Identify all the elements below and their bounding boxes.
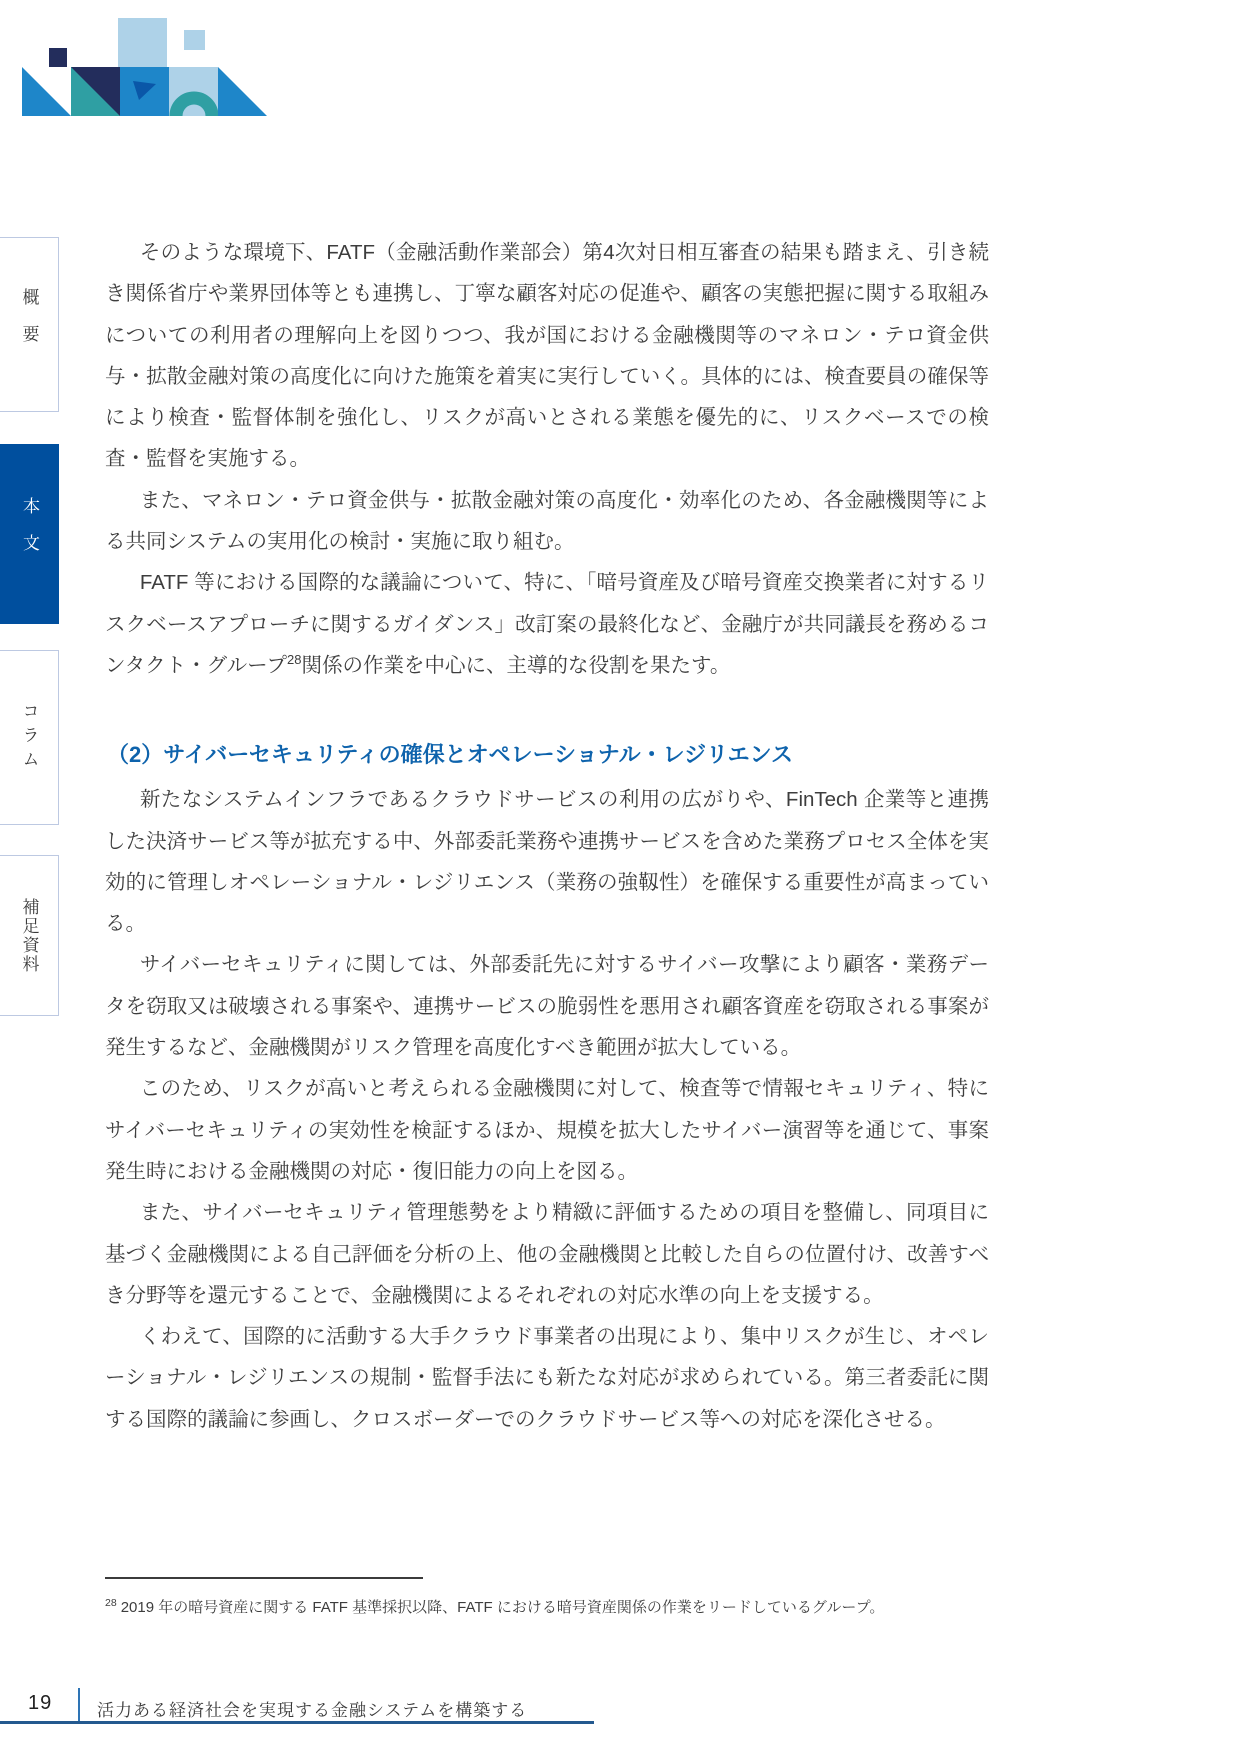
footnote-separator bbox=[105, 1577, 423, 1579]
paragraph-cloud-fintech: 新たなシステムインフラであるクラウドサービスの利用の広がりや、FinTech 企… bbox=[105, 779, 989, 944]
paragraph-aml-policy: そのような環境下、FATF（金融活動作業部会）第4次対日相互審査の結果も踏まえ、… bbox=[105, 232, 989, 480]
footnote-28: 282019 年の暗号資産に関する FATF 基準採択以降、FATF における暗… bbox=[105, 1596, 1125, 1620]
paragraph-fatf-guidance: FATF 等における国際的な議論について、特に、「暗号資産及び暗号資産交換業者に… bbox=[105, 562, 989, 686]
footnote-ref-28: 28 bbox=[287, 652, 301, 667]
document-page: 概要 本文 コラム 補足資料 そのような環境下、FATF（金融活動作業部会）第4… bbox=[0, 0, 1241, 1755]
logo-right-triangle bbox=[218, 67, 267, 116]
sidebar-tab-main-text[interactable]: 本文 bbox=[0, 444, 59, 624]
logo-left-triangle bbox=[22, 67, 71, 116]
logo-small-light-square bbox=[184, 30, 205, 50]
page-number: 19 bbox=[28, 1692, 52, 1715]
geometric-mosaic-logo bbox=[22, 8, 267, 118]
paragraph-joint-system: また、マネロン・テロ資金供与・拡散金融対策の高度化・効率化のため、各金融機関等に… bbox=[105, 480, 989, 563]
paragraph-inspections: このため、リスクが高いと考えられる金融機関に対して、検査等で情報セキュリティ、特… bbox=[105, 1068, 989, 1192]
footnote-28-text: 2019 年の暗号資産に関する FATF 基準採択以降、FATF における暗号資… bbox=[121, 1599, 885, 1616]
paragraph-cyber-incidents: サイバーセキュリティに関しては、外部委託先に対するサイバー攻撃により顧客・業務デ… bbox=[105, 944, 989, 1068]
body-text: そのような環境下、FATF（金融活動作業部会）第4次対日相互審査の結果も踏まえ、… bbox=[105, 232, 989, 1440]
chapter-title: 活力ある経済社会を実現する金融システムを構築する bbox=[97, 1696, 527, 1721]
footer-divider bbox=[78, 1688, 80, 1722]
logo-light-square bbox=[118, 18, 167, 67]
logo-navy-square bbox=[49, 48, 67, 67]
footer-rule bbox=[0, 1721, 594, 1724]
footnote-28-marker: 28 bbox=[105, 1597, 117, 1609]
sidebar-tab-supplementary[interactable]: 補足資料 bbox=[0, 855, 59, 1016]
section-heading-cybersecurity: （2）サイバーセキュリティの確保とオペレーショナル・レジリエンス bbox=[105, 734, 989, 775]
sidebar-tab-overview[interactable]: 概要 bbox=[0, 237, 59, 412]
paragraph-self-assessment: また、サイバーセキュリティ管理態勢をより精緻に評価するための項目を整備し、同項目… bbox=[105, 1192, 989, 1316]
paragraph-fatf-guidance-tail: 関係の作業を中心に、主導的な役割を果たす。 bbox=[302, 654, 731, 677]
sidebar-tab-column[interactable]: コラム bbox=[0, 650, 59, 825]
paragraph-cloud-concentration: くわえて、国際的に活動する大手クラウド事業者の出現により、集中リスクが生じ、オペ… bbox=[105, 1316, 989, 1440]
